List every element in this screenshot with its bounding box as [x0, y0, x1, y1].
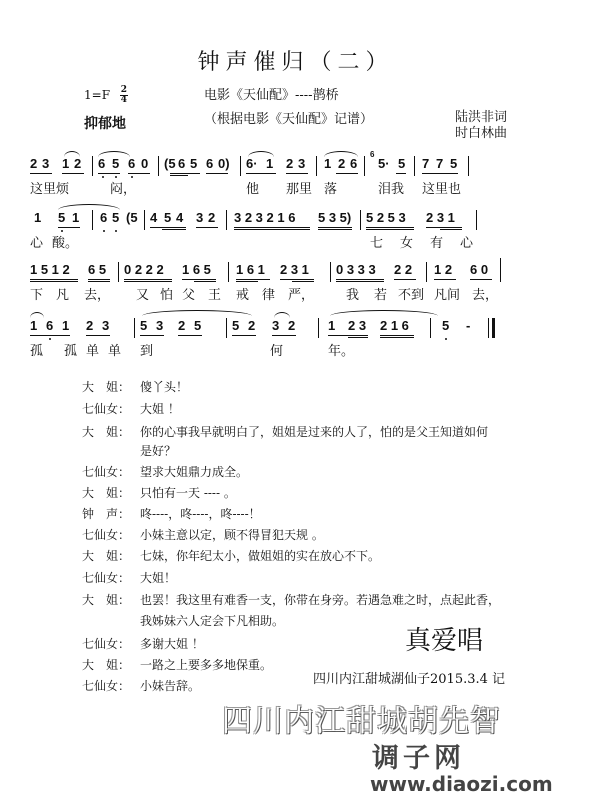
dialogue-line: 七仙女：多谢大姐 ！: [82, 635, 204, 652]
song-title: 钟声催归（二）: [0, 45, 591, 76]
score-row-4: 161 23 53 25 52 32 1 2 3 2 1 6 5 - 孤 孤 单: [30, 318, 550, 364]
watermark-site-name: 调子网: [372, 736, 465, 775]
subtitle: 电影《天仙配》----鹊桥: [204, 84, 339, 103]
recorder-credit: 四川内江甜城湖仙子2015.3.4 记: [313, 668, 505, 687]
watermark-url: www.diaozi.com: [370, 772, 553, 796]
score-row-1: 23 12 65 60 (565 60) 6·1 23 126 6 5·5 77…: [30, 156, 550, 202]
watermark-author: 四川内江甜城胡先智: [222, 696, 501, 740]
source-note: （根据电影《天仙配》记谱）: [204, 108, 373, 127]
signature-stamp: 真爱唱: [405, 620, 483, 657]
score-row-3: 1 5 1 2 6 5 0 2 2 2 1 6 5 1 6 1 2 3 1 0 …: [30, 262, 550, 308]
dialogue-line: 大 姐：你的心事我早就明白了，姐姐是过来的人了，怕的是父王知道如何: [82, 423, 488, 440]
dialogue-line: 七仙女：小妹告辞。: [82, 677, 200, 694]
dialogue-line: 大 姐：七妹，你年纪太小，做姐姐的实在放心不下。: [82, 547, 380, 564]
time-signature: 2 4: [120, 86, 128, 105]
dialogue-line: 大 姐：一路之上要多多地保重。: [82, 656, 272, 673]
dialogue-line: 大 姐：也罢！我这里有难香一支，你带在身旁。若遇急难之时，点起此香，: [82, 591, 500, 608]
dialogue-line: 大 姐：傻丫头！: [82, 378, 188, 395]
dialogue-line: 七仙女：小妹主意以定，顾不得冒犯天规 。: [82, 526, 324, 543]
dialogue-line: 我姊妹六人定会下凡相助。: [82, 612, 284, 629]
dialogue-line: 是好？: [82, 442, 176, 459]
key-signature: 1=F 2 4: [84, 86, 128, 105]
key-label: 1=F: [84, 88, 110, 102]
score-row-2: 1 51 65 (5 454 32 3 2 3 2 1 6 5 3 5) 5 2…: [30, 210, 550, 256]
dialogue-line: 七仙女：大姐！: [82, 569, 176, 586]
dialogue-line: 七仙女：望求大姐鼎力成全。: [82, 463, 248, 480]
composer: 时白林曲: [455, 122, 507, 141]
dialogue-line: 大 姐：只怕有一天 ---- 。: [82, 484, 236, 501]
dialogue-line: 钟 声：咚----，咚----，咚----！: [82, 505, 261, 522]
dialogue-line: 七仙女：大姐 ！: [82, 400, 180, 417]
tempo-mood: 抑郁地: [84, 113, 126, 133]
